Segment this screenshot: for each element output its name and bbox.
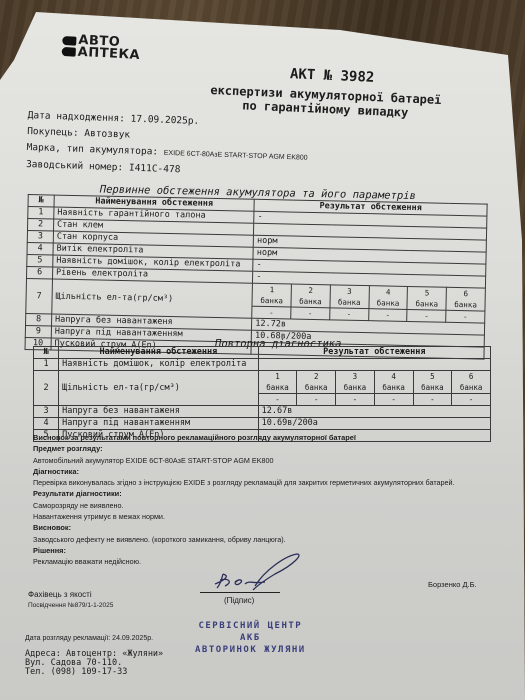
signature-caption: (Підпис) xyxy=(224,596,254,605)
results-line-2: Навантаження утримує в межах норми. xyxy=(33,511,455,522)
logo-line-2: АПТЕКА xyxy=(77,47,140,62)
address-block: Адреса: Автоцентр: «Жуляни» Вул. Садова … xyxy=(25,650,163,677)
specialist-title: Фахівець з якості xyxy=(28,590,92,599)
results-label: Результати діагностики: xyxy=(33,489,122,498)
col-num: № xyxy=(34,347,59,359)
density-label: Щільність ел-та(гр/см³) xyxy=(59,371,258,406)
conclusion-heading: Висновок за результатами повторного рекл… xyxy=(33,433,356,442)
table-row: 2 Щільність ел-та(гр/см³) 1банка 2банка … xyxy=(34,371,491,394)
table-row: 1Наявність домішок, колір електроліта xyxy=(34,359,491,371)
subject-text: Автомобільний акумулятор EXIDE 6CT-80АзЕ… xyxy=(33,455,455,466)
table-row: 3Напруга без навантаженя12.67в xyxy=(34,406,491,418)
col-num: № xyxy=(28,195,54,208)
document-title: АКТ № 3982 xyxy=(290,66,375,86)
results-line-1: Саморозряду не виявлено. xyxy=(33,500,455,511)
signer-name: Борзенко Д.Б. xyxy=(428,580,477,589)
review-date: Дата розгляду рекламації: 24.09.2025р. xyxy=(25,635,153,642)
diagnostics-text: Перевірка виконувалась згідно з інструкц… xyxy=(33,477,455,488)
service-center-stamp: СЕРВІСНИЙ ЦЕНТР АКБ АВТОРИНОК ЖУЛЯНИ xyxy=(195,620,306,656)
col-name: Найменування обстеження xyxy=(59,347,258,359)
repeat-diagnostics-table: № Найменування обстеження Результат обст… xyxy=(33,346,491,442)
diagnostics-label: Діагностика: xyxy=(33,467,79,476)
density-label: Щільність ел-та(гр/см³) xyxy=(52,279,253,318)
conclusion-section: Висновок за результатами повторного рекл… xyxy=(33,432,455,568)
company-logo: АВТО АПТЕКА xyxy=(61,34,141,62)
logo-mark-icon xyxy=(62,36,77,57)
initial-inspection-table: Первинне обстеження акумулятора та його … xyxy=(25,183,488,360)
verdict-label: Висновок: xyxy=(33,523,71,532)
verdict-text: Заводського дефекту не виявлено. (коротк… xyxy=(33,534,455,545)
table-row: 4Напруга під навантаженням10.69в/200а xyxy=(34,418,491,430)
signature-line xyxy=(200,592,280,593)
certificate-number: Посвідчення №879/1-1-2025 xyxy=(28,602,113,609)
subject-label: Предмет розгляду: xyxy=(33,444,103,453)
signature-area: Фахівець з якості Посвідчення №879/1-1-2… xyxy=(0,550,525,700)
document-meta: Дата надходження: 17.09.2025р. Покупець:… xyxy=(26,108,309,183)
warranty-act-document: АВТО АПТЕКА АКТ № 3982 експертизи акумул… xyxy=(0,0,525,700)
col-result: Результат обстеження xyxy=(258,347,490,359)
